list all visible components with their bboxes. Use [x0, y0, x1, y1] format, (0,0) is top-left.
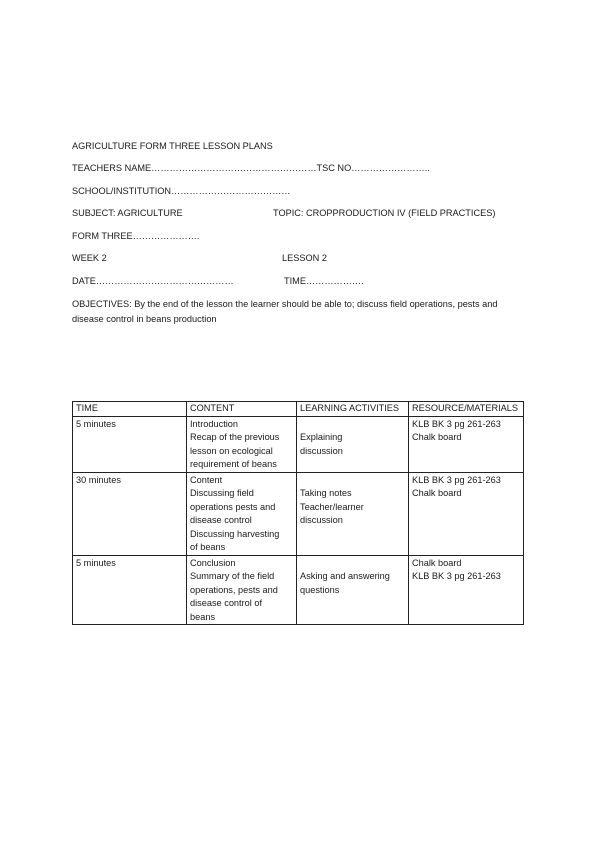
- header-resources: RESOURCE/MATERIALS: [409, 402, 524, 417]
- lesson-plan-table: TIME CONTENT LEARNING ACTIVITIES RESOURC…: [72, 401, 524, 625]
- date-field: DATE………………………………………: [72, 275, 234, 287]
- cell-time: 30 minutes: [73, 472, 187, 555]
- lesson-plan-title: AGRICULTURE FORM THREE LESSON PLANS: [72, 140, 273, 152]
- subject-field: SUBJECT: AGRICULTURE: [72, 207, 183, 219]
- activity-line: Asking and answering: [300, 570, 405, 584]
- cell-content: ContentDiscussing fieldoperations pests …: [187, 472, 297, 555]
- activity-line: discussion: [300, 445, 405, 459]
- cell-learning-activities: Explainingdiscussion: [297, 416, 409, 472]
- teachers-name-field: TEACHERS NAME………………………………………………TSC NO…………: [72, 162, 430, 174]
- content-line: Conclusion: [190, 557, 293, 571]
- table-row: 5 minutesConclusionSummary of the fieldo…: [73, 555, 524, 625]
- header-learning-activities: LEARNING ACTIVITIES: [297, 402, 409, 417]
- content-line: disease control of: [190, 597, 293, 611]
- cell-resources: KLB BK 3 pg 261-263Chalk board: [409, 472, 524, 555]
- content-line: operations, pests and: [190, 584, 293, 598]
- content-line: Recap of the previous: [190, 431, 293, 445]
- table-row: 5 minutesIntroductionRecap of the previo…: [73, 416, 524, 472]
- resource-line: Chalk board: [412, 487, 520, 501]
- lesson-field: LESSON 2: [282, 252, 327, 264]
- content-line: lesson on ecological: [190, 445, 293, 459]
- resource-line: KLB BK 3 pg 261-263: [412, 474, 520, 488]
- time-field: TIME……………….: [284, 275, 364, 287]
- content-line: Introduction: [190, 418, 293, 432]
- activity-line: Explaining: [300, 431, 405, 445]
- table-row: 30 minutesContentDiscussing fieldoperati…: [73, 472, 524, 555]
- cell-resources: KLB BK 3 pg 261-263Chalk board: [409, 416, 524, 472]
- cell-time: 5 minutes: [73, 416, 187, 472]
- activity-line: Taking notes: [300, 487, 405, 501]
- resource-line: KLB BK 3 pg 261-263: [412, 418, 520, 432]
- content-line: Discussing field: [190, 487, 293, 501]
- cell-content: ConclusionSummary of the fieldoperations…: [187, 555, 297, 625]
- resource-line: KLB BK 3 pg 261-263: [412, 570, 520, 584]
- content-line: Discussing harvesting: [190, 528, 293, 542]
- content-line: operations pests and: [190, 501, 293, 515]
- form-field: FORM THREE………………….: [72, 230, 199, 242]
- cell-resources: Chalk boardKLB BK 3 pg 261-263: [409, 555, 524, 625]
- content-line: requirement of beans: [190, 458, 293, 472]
- cell-learning-activities: Taking notesTeacher/learnerdiscussion: [297, 472, 409, 555]
- resource-line: Chalk board: [412, 431, 520, 445]
- objectives-text: OBJECTIVES: By the end of the lesson the…: [72, 297, 522, 326]
- table-header-row: TIME CONTENT LEARNING ACTIVITIES RESOURC…: [73, 402, 524, 417]
- cell-content: IntroductionRecap of the previouslesson …: [187, 416, 297, 472]
- activity-line: questions: [300, 584, 405, 598]
- content-line: Summary of the field: [190, 570, 293, 584]
- resource-line: Chalk board: [412, 557, 520, 571]
- content-line: Content: [190, 474, 293, 488]
- topic-field: TOPIC: CROPPRODUCTION IV (FIELD PRACTICE…: [273, 207, 495, 219]
- week-field: WEEK 2: [72, 252, 107, 264]
- content-line: disease control: [190, 514, 293, 528]
- cell-learning-activities: Asking and answeringquestions: [297, 555, 409, 625]
- activity-line: Teacher/learner: [300, 501, 405, 515]
- header-content: CONTENT: [187, 402, 297, 417]
- header-time: TIME: [73, 402, 187, 417]
- school-field: SCHOOL/INSTITUTION…………………………………: [72, 185, 290, 197]
- activity-line: discussion: [300, 514, 405, 528]
- cell-time: 5 minutes: [73, 555, 187, 625]
- content-line: beans: [190, 611, 293, 625]
- content-line: of beans: [190, 541, 293, 555]
